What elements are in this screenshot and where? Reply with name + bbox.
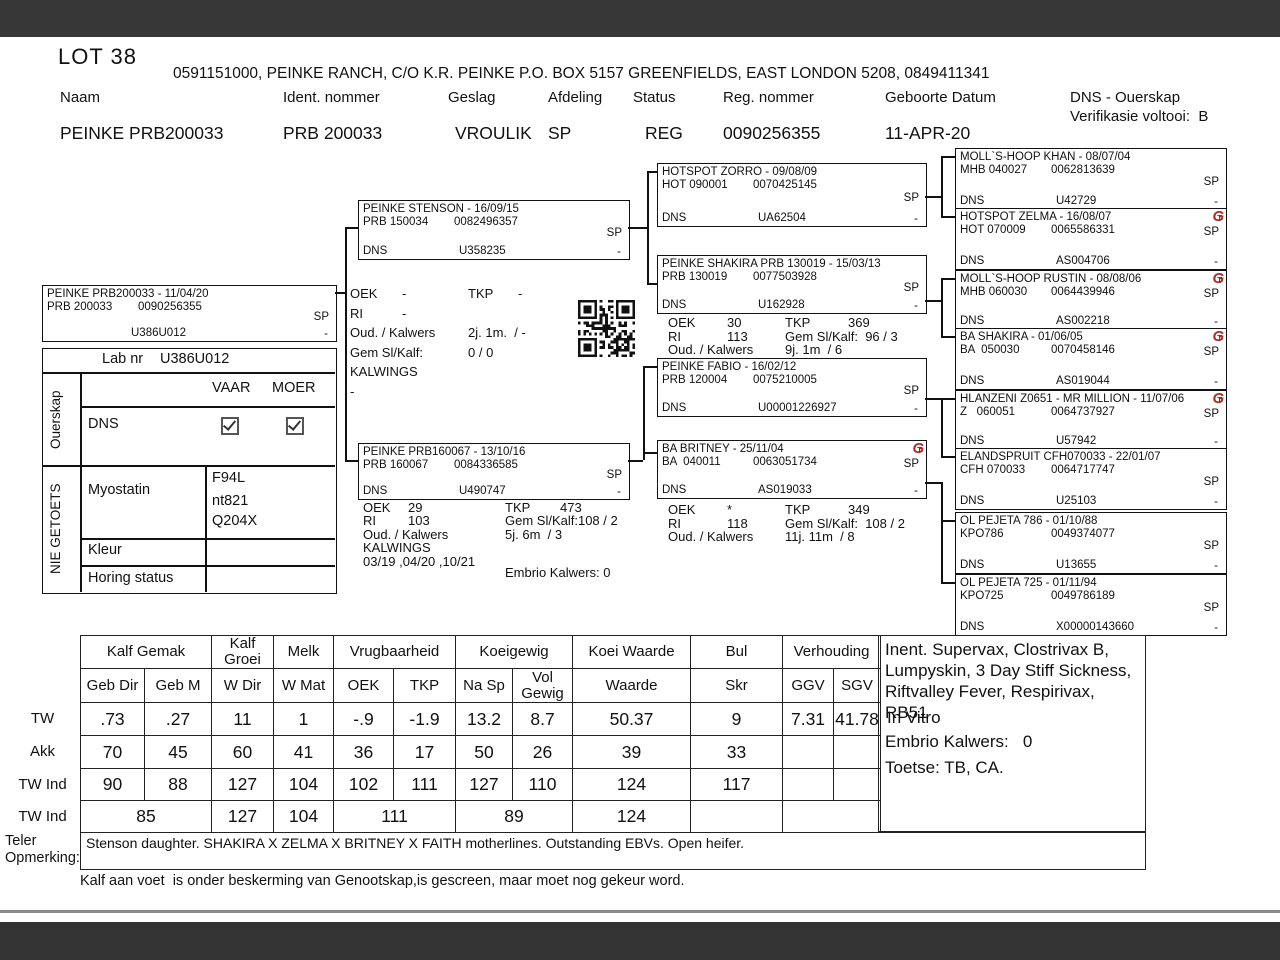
ebv-cell: 89 (456, 801, 573, 833)
pedigree-line (925, 482, 941, 484)
pedigree-line (941, 582, 955, 584)
ebv-cell: 41 (274, 736, 334, 769)
ebv-group-header: Kalf Groei (212, 636, 274, 669)
ebv-cell (834, 769, 881, 801)
ebv-table: Kalf GemakKalf GroeiMelkVrugbaarheidKoei… (80, 635, 881, 833)
embrio-kalwers-note: Embrio Kalwers: 0 (505, 565, 610, 580)
dash-mark: - (617, 246, 621, 258)
dns-number: X00000143660 (1056, 621, 1134, 633)
pedigree-box-subject: PEINKE PRB200033 - 11/04/20PRB 200033009… (42, 285, 337, 342)
dns-number: U358235 (459, 245, 506, 257)
pedigree-line (925, 398, 941, 400)
genotyped-icon-t: T (917, 446, 922, 455)
header-value-status: REG (645, 123, 683, 144)
header-value-naam: PEINKE PRB200033 (60, 123, 223, 144)
ebv-cell (783, 736, 834, 769)
ebv-cell: 127 (212, 769, 274, 801)
pedigree-line (628, 460, 643, 462)
animal-name: PEINKE STENSON - 16/09/15 (363, 203, 519, 215)
animal-name: PEINKE PRB200033 - 11/04/20 (47, 288, 209, 300)
ebv-cell: 8.7 (513, 703, 573, 736)
sp-flag: SP (1204, 476, 1219, 488)
dns-label: DNS (960, 559, 984, 571)
lab-nr-value: U386U012 (160, 351, 229, 367)
ebv-cell: 60 (212, 736, 274, 769)
ebv-cell: 117 (691, 769, 783, 801)
header-label-geslag: Geslag (448, 89, 496, 106)
dash-mark: - (914, 403, 918, 415)
animal-name: MOLL`S-HOOP KHAN - 08/07/04 (960, 151, 1130, 163)
animal-id: CFH 070033 (960, 464, 1025, 476)
animal-reg-number: 0090256355 (138, 301, 202, 313)
header-value-geslag: VROULIK (455, 123, 532, 144)
sp-flag: SP (904, 458, 919, 470)
vaar-column-label: VAAR (212, 380, 250, 396)
ebv-column-header: Vol Gewig (513, 669, 573, 703)
teler-label: Teler (5, 833, 36, 849)
ebv-group-header: Verhouding (783, 636, 881, 669)
animal-name: PEINKE SHAKIRA PRB 130019 - 15/03/13 (662, 258, 881, 270)
ebv-cell: 124 (573, 801, 691, 833)
catalog-page: LOT 38 0591151000, PEINKE RANCH, C/O K.R… (0, 0, 1280, 960)
opmerking-label: Opmerking: (5, 850, 80, 866)
ebv-cell: 13.2 (456, 703, 513, 736)
animal-reg-number: 0063051734 (753, 456, 817, 468)
dns-label: DNS (662, 212, 686, 224)
dns-number: AS019044 (1056, 375, 1110, 387)
header-value-reg: 0090256355 (723, 123, 820, 144)
ebv-group-header: Melk (274, 636, 334, 669)
stat-sire-c2: - (402, 306, 406, 321)
ebv-cell: 17 (394, 736, 456, 769)
viewer-bottom-bar (0, 922, 1280, 960)
dash-mark: - (1214, 496, 1218, 508)
animal-reg-number: 0049786189 (1051, 590, 1115, 602)
header-value-afdeling: SP (548, 123, 571, 144)
moer-dns-checkbox[interactable] (286, 417, 304, 435)
animal-reg-number: 0075210005 (753, 374, 817, 386)
animal-id: HOT 090001 (662, 179, 728, 191)
header-label-afdeling: Afdeling (548, 89, 602, 106)
animal-name: HLANZENI Z0651 - MR MILLION - 11/07/06 (960, 393, 1184, 405)
animal-id: HOT 070009 (960, 224, 1026, 236)
myostatin-value: Q204X (212, 513, 257, 529)
header-value-geboorte: 11-APR-20 (885, 123, 970, 144)
ebv-cell: .73 (81, 703, 145, 736)
stat-gp_shakira-c1: Oud. / Kalwers (668, 342, 753, 357)
pedigree-line (941, 482, 943, 582)
stat-sire-c2: - (402, 286, 406, 301)
dns-number: U42729 (1056, 195, 1096, 207)
ebv-cell: 11 (212, 703, 274, 736)
dash-mark: - (914, 485, 918, 497)
embrio-kalwers-info: Embrio Kalwers: 0 (885, 732, 1032, 752)
dash-mark: - (1214, 196, 1218, 208)
animal-id: Z 060051 (960, 406, 1015, 418)
genotyped-icon: GT (1212, 272, 1222, 288)
ebv-cell: .27 (145, 703, 212, 736)
stat-sire-c4: - (518, 286, 522, 301)
header-label-dns: DNS - Ouerskap (1070, 89, 1180, 106)
animal-id: PRB 130019 (662, 271, 727, 283)
nie-getoets-section-label: NIE GETOETS (48, 470, 63, 588)
dns-row-label: DNS (88, 416, 119, 432)
header-label-geboorte: Geboorte Datum (885, 89, 996, 106)
animal-id: MHB 060030 (960, 286, 1027, 298)
pedigree-line (628, 227, 647, 229)
ebv-cell: 102 (334, 769, 394, 801)
stat-sire-c1: KALWINGS (350, 364, 418, 379)
animal-name: PEINKE FABIO - 16/02/12 (662, 361, 796, 373)
animal-name: ELANDSPRUIT CFH070033 - 22/01/07 (960, 451, 1161, 463)
ebv-column-header: Waarde (573, 669, 691, 703)
pedigree-box-gg8: OL PEJETA 725 - 01/11/94KPO7250049786189… (955, 574, 1227, 636)
pedigree-box-dam: PEINKE PRB160067 - 13/10/16PRB 160067008… (358, 443, 630, 500)
pedigree-line (643, 366, 657, 368)
dns-label: DNS (662, 299, 686, 311)
dash-mark: - (617, 486, 621, 498)
animal-name: BA BRITNEY - 25/11/04 (662, 443, 784, 455)
ebv-cell: 70 (81, 736, 145, 769)
animal-name: BA SHAKIRA - 01/06/05 (960, 331, 1083, 343)
pedigree-line (925, 196, 941, 198)
animal-id: PRB 200033 (47, 301, 112, 313)
genotyped-icon: GT (1212, 392, 1222, 408)
dns-label: DNS (363, 245, 387, 257)
stat-sire-c3: 2j. 1m. / - (468, 325, 526, 340)
dns-number: UA62504 (758, 212, 806, 224)
ebv-column-header: TKP (394, 669, 456, 703)
ebv-column-header: Geb Dir (81, 669, 145, 703)
sp-flag: SP (1204, 540, 1219, 552)
horing-status-label: Horing status (88, 570, 173, 586)
dns-number: U162928 (758, 299, 805, 311)
dns-label: DNS (960, 375, 984, 387)
animal-id: PRB 150034 (363, 216, 428, 228)
ebv-cell: 104 (274, 801, 334, 833)
toetse-info: Toetse: TB, CA. (885, 758, 1004, 778)
dns-label: DNS (960, 315, 984, 327)
dns-number: U57942 (1056, 435, 1096, 447)
header-label-status: Status (633, 89, 676, 106)
ebv-cell (834, 736, 881, 769)
stat-sire-c3: 0 / 0 (468, 345, 493, 360)
ebv-cell: 26 (513, 736, 573, 769)
dns-number: U00001226927 (758, 402, 837, 414)
ebv-cell: 90 (81, 769, 145, 801)
ebv-cell: -1.9 (394, 703, 456, 736)
myostatin-label: Myostatin (88, 482, 150, 498)
dns-label: DNS (960, 621, 984, 633)
pedigree-line (941, 278, 955, 280)
ebv-row-label: TW Ind (0, 808, 85, 825)
animal-reg-number: 0062813639 (1051, 164, 1115, 176)
breeder-address: 0591151000, PEINKE RANCH, C/O K.R. PEINK… (173, 65, 989, 83)
stat-sire-c3: TKP (468, 286, 493, 301)
ebv-group-header: Koeigewig (456, 636, 573, 669)
ebv-cell (691, 801, 783, 833)
animal-name: MOLL`S-HOOP RUSTIN - 08/08/06 (960, 273, 1141, 285)
pedigree-line (335, 292, 345, 294)
ebv-cell: 111 (334, 801, 456, 833)
animal-id: PRB 160067 (363, 459, 428, 471)
ebv-cell: 33 (691, 736, 783, 769)
pedigree-box-gp3: PEINKE FABIO - 16/02/12PRB 1200040075210… (657, 358, 927, 417)
animal-name: HOTSPOT ZELMA - 16/08/07 (960, 211, 1111, 223)
dash-mark: - (1214, 560, 1218, 572)
sp-flag: SP (1204, 226, 1219, 238)
dns-label: DNS (363, 485, 387, 497)
animal-reg-number: 0070425145 (753, 179, 817, 191)
pedigree-line (345, 227, 358, 229)
animal-reg-number: 0070458146 (1051, 344, 1115, 356)
dns-number: AS002218 (1056, 315, 1110, 327)
sp-flag: SP (1204, 602, 1219, 614)
ebv-cell: 124 (573, 769, 691, 801)
animal-name: OL PEJETA 725 - 01/11/94 (960, 577, 1097, 589)
dns-number: U386U012 (131, 327, 186, 339)
sp-flag: SP (904, 385, 919, 397)
ebv-row-label: Akk (0, 743, 85, 760)
inent-line: Riftvalley Fever, Respirivax, (885, 682, 1095, 702)
lot-number: LOT 38 (58, 44, 137, 70)
breeder-remark: Stenson daughter. SHAKIRA X ZELMA X BRIT… (86, 835, 744, 851)
dash-mark: - (1214, 376, 1218, 388)
stat-dam-c1: 03/19 ,04/20 ,10/21 (363, 554, 475, 569)
viewer-top-bar (0, 0, 1280, 37)
pedigree-box-gg4: BA SHAKIRA - 01/06/05BA 0500300070458146… (955, 328, 1227, 390)
animal-id: KPO786 (960, 528, 1003, 540)
pedigree-box-gp2: PEINKE SHAKIRA PRB 130019 - 15/03/13PRB … (657, 255, 927, 314)
stat-sire-c1: OEK (350, 286, 377, 301)
dash-mark: - (1214, 316, 1218, 328)
ebv-cell: 7.31 (783, 703, 834, 736)
ebv-group-header: Kalf Gemak (81, 636, 212, 669)
pedigree-box-gg3: MOLL`S-HOOP RUSTIN - 08/08/06MHB 0600300… (955, 270, 1227, 330)
pedigree-line (925, 300, 941, 302)
sp-flag: SP (1204, 176, 1219, 188)
dns-label: DNS (662, 402, 686, 414)
lab-nr-label: Lab nr (102, 351, 143, 367)
pedigree-box-gg1: MOLL`S-HOOP KHAN - 08/07/04MHB 040027006… (955, 148, 1227, 210)
stat-dam-c3: 5j. 6m / 3 (505, 527, 562, 542)
sp-flag: SP (1204, 288, 1219, 300)
pedigree-line (643, 452, 657, 454)
pedigree-line (345, 460, 358, 462)
ebv-cell: -.9 (334, 703, 394, 736)
ebv-column-header: GGV (783, 669, 834, 703)
ebv-column-header: OEK (334, 669, 394, 703)
pedigree-line (941, 278, 943, 336)
pedigree-line (941, 156, 943, 216)
ebv-cell: 127 (456, 769, 513, 801)
ebv-column-header: W Dir (212, 669, 274, 703)
ebv-column-header: Geb M (145, 669, 212, 703)
pedigree-line (647, 171, 649, 283)
dash-mark: - (1214, 256, 1218, 268)
ebv-cell (783, 801, 881, 833)
sp-flag: SP (314, 311, 329, 323)
dns-number: U490747 (459, 485, 506, 497)
dash-mark: - (914, 300, 918, 312)
animal-name: OL PEJETA 786 - 01/10/88 (960, 515, 1097, 527)
ebv-cell: 104 (274, 769, 334, 801)
pedigree-line (941, 398, 943, 456)
dns-label: DNS (960, 255, 984, 267)
stat-sire-c1: Oud. / Kalwers (350, 325, 435, 340)
dns-number: AS019033 (758, 484, 812, 496)
animal-reg-number: 0065586331 (1051, 224, 1115, 236)
stat-sire-c1: - (350, 384, 354, 399)
genotyped-icon-t: T (1217, 334, 1222, 343)
ebv-row-label: TW Ind (0, 776, 85, 793)
footnote: Kalf aan voet is onder beskerming van Ge… (80, 873, 685, 889)
stat-gp_britney-c1: Oud. / Kalwers (668, 529, 753, 544)
pedigree-box-sire: PEINKE STENSON - 16/09/15PRB 15003400824… (358, 200, 630, 260)
ebv-cell: 85 (81, 801, 212, 833)
genotyped-icon: GT (912, 442, 922, 458)
ebv-cell: 111 (394, 769, 456, 801)
animal-id: BA 040011 (662, 456, 721, 468)
ebv-row-label: TW (0, 710, 85, 727)
animal-reg-number: 0082496357 (454, 216, 518, 228)
ebv-cell: 127 (212, 801, 274, 833)
stat-sire-c1: RI (350, 306, 363, 321)
ebv-column-header: Na Sp (456, 669, 513, 703)
header-label-naam: Naam (60, 89, 100, 106)
pedigree-line (941, 520, 955, 522)
ebv-cell: 88 (145, 769, 212, 801)
animal-reg-number: 0064737927 (1051, 406, 1115, 418)
ebv-cell: 110 (513, 769, 573, 801)
inent-line: Inent. Supervax, Clostrivax B, (885, 640, 1109, 660)
animal-reg-number: 0084336585 (454, 459, 518, 471)
sp-flag: SP (607, 469, 622, 481)
ebv-column-header: Skr (691, 669, 783, 703)
pedigree-box-gg2: HOTSPOT ZELMA - 16/08/07HOT 070009006558… (955, 208, 1227, 270)
dns-label: DNS (960, 195, 984, 207)
pedigree-line (643, 366, 645, 460)
pedigree-line (647, 171, 657, 173)
animal-name: PEINKE PRB160067 - 13/10/16 (363, 446, 525, 458)
ebv-group-header: Bul (691, 636, 783, 669)
pedigree-box-gg7: OL PEJETA 786 - 01/10/88KPO7860049374077… (955, 512, 1227, 574)
pedigree-box-gp1: HOTSPOT ZORRO - 09/08/09HOT 090001007042… (657, 163, 927, 227)
header-value-ident: PRB 200033 (283, 123, 382, 144)
animal-id: KPO725 (960, 590, 1003, 602)
ebv-cell (783, 769, 834, 801)
genotyped-icon-t: T (1217, 214, 1222, 223)
genotyped-icon-t: T (1217, 396, 1222, 405)
pedigree-line (941, 336, 955, 338)
pedigree-line (647, 283, 657, 285)
ebv-column-header: W Mat (274, 669, 334, 703)
ebv-column-header: SGV (834, 669, 881, 703)
ouerskap-section-label: Ouerskap (48, 378, 63, 462)
inent-line: Lumpyskin, 3 Day Stiff Sickness, (885, 661, 1131, 681)
sp-flag: SP (607, 227, 622, 239)
sp-flag: SP (904, 282, 919, 294)
ebv-group-header: Vrugbaarheid (334, 636, 456, 669)
ebv-cell: 9 (691, 703, 783, 736)
genotyped-icon: GT (1212, 330, 1222, 346)
dash-mark: - (1214, 436, 1218, 448)
pedigree-box-gg5: HLANZENI Z0651 - MR MILLION - 11/07/06Z … (955, 390, 1227, 450)
pedigree-line (941, 398, 955, 400)
ebv-cell: 50 (456, 736, 513, 769)
animal-reg-number: 0064717747 (1051, 464, 1115, 476)
dash-mark: - (914, 213, 918, 225)
ebv-group-header: Koei Waarde (573, 636, 691, 669)
ebv-cell: 39 (573, 736, 691, 769)
stat-gp_shakira-c3: 9j. 1m / 6 (785, 342, 842, 357)
ebv-cell: 45 (145, 736, 212, 769)
stat-gp_britney-c3: 11j. 11m / 8 (785, 529, 855, 544)
sp-flag: SP (1204, 408, 1219, 420)
dns-label: DNS (960, 435, 984, 447)
animal-reg-number: 0064439946 (1051, 286, 1115, 298)
ebv-cell: 1 (274, 703, 334, 736)
dash-mark: - (324, 328, 328, 340)
pedigree-line (941, 456, 955, 458)
pedigree-line (941, 216, 955, 218)
animal-name: HOTSPOT ZORRO - 09/08/09 (662, 166, 817, 178)
sp-flag: SP (1204, 346, 1219, 358)
animal-reg-number: 0077503928 (753, 271, 817, 283)
animal-id: PRB 120004 (662, 374, 727, 386)
header-label-reg: Reg. nommer (723, 89, 814, 106)
pedigree-line (345, 227, 347, 460)
dns-number: AS004706 (1056, 255, 1110, 267)
animal-reg-number: 0049374077 (1051, 528, 1115, 540)
genotyped-icon: GT (1212, 210, 1222, 226)
pedigree-box-gp4: BA BRITNEY - 25/11/04BA 0400110063051734… (657, 440, 927, 499)
animal-id: BA 050030 (960, 344, 1019, 356)
ebv-cell: 41.78 (834, 703, 881, 736)
sp-flag: SP (904, 192, 919, 204)
myostatin-value: nt821 (212, 493, 248, 509)
ebv-cell: 50.37 (573, 703, 691, 736)
ebv-cell: 36 (334, 736, 394, 769)
dns-number: U13655 (1056, 559, 1096, 571)
animal-id: MHB 040027 (960, 164, 1027, 176)
kleur-label: Kleur (88, 542, 122, 558)
header-label-ident: Ident. nommer (283, 89, 380, 106)
dns-label: DNS (662, 484, 686, 496)
dns-label: DNS (960, 495, 984, 507)
myostatin-value: F94L (212, 470, 245, 486)
qr-code (578, 300, 635, 357)
stat-sire-c1: Gem Sl/Kalf: (350, 345, 423, 360)
verification-status: Verifikasie voltooi: B (1070, 108, 1208, 125)
moer-column-label: MOER (272, 380, 316, 396)
pedigree-line (941, 156, 955, 158)
genotyped-icon-t: T (1217, 276, 1222, 285)
in-vitro-note: In Vitro (887, 708, 941, 728)
dns-number: U25103 (1056, 495, 1096, 507)
dash-mark: - (1214, 622, 1218, 634)
bottom-divider (0, 910, 1280, 913)
pedigree-box-gg6: ELANDSPRUIT CFH070033 - 22/01/07CFH 0700… (955, 448, 1227, 510)
vaar-dns-checkbox[interactable] (221, 417, 239, 435)
